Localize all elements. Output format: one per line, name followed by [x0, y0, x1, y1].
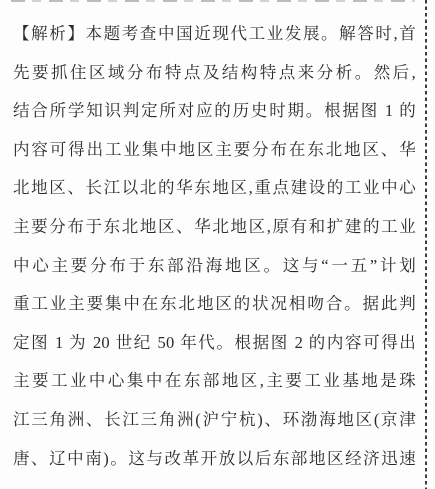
analysis-line: 结合所学知识判定所对应的历史时期。根据图 1 的 — [13, 92, 416, 131]
analysis-line: 重工业主要集中在东北地区的状况相吻合。据此判 — [13, 285, 416, 324]
analysis-line: 主要工业中心集中在东部地区,主要工业基地是珠 — [13, 362, 416, 401]
analysis-line: 中心主要分布于东部沿海地区。这与“一五”计划 — [13, 247, 416, 286]
analysis-line: 北地区、长江以北的华东地区,重点建设的工业中心 — [13, 169, 416, 208]
analysis-line: 内容可得出工业集中地区主要分布在东北地区、华 — [13, 131, 416, 170]
page-gutter-dashed-line — [425, 0, 427, 489]
analysis-line: 主要分布于东北地区、华北地区,原有和扩建的工业 — [13, 208, 416, 247]
scanned-textbook-page: 【解析】本题考查中国近现代工业发展。解答时,首 先要抓住区域分布特点及结构特点来… — [0, 0, 435, 489]
analysis-line: 先要抓住区域分布特点及结构特点来分析。然后, — [13, 54, 416, 93]
analysis-line: 唐、辽中南)。这与改革开放以后东部地区经济迅速 — [13, 440, 416, 479]
analysis-line: 江三角洲、长江三角洲(沪宁杭)、环渤海地区(京津 — [13, 401, 416, 440]
analysis-line: 定图 1 为 20 世纪 50 年代。根据图 2 的内容可得出 — [13, 324, 416, 363]
cropped-previous-line-remnant — [11, 0, 415, 2]
analysis-paragraph: 【解析】本题考查中国近现代工业发展。解答时,首 先要抓住区域分布特点及结构特点来… — [13, 15, 416, 478]
analysis-line: 【解析】本题考查中国近现代工业发展。解答时,首 — [13, 15, 416, 54]
